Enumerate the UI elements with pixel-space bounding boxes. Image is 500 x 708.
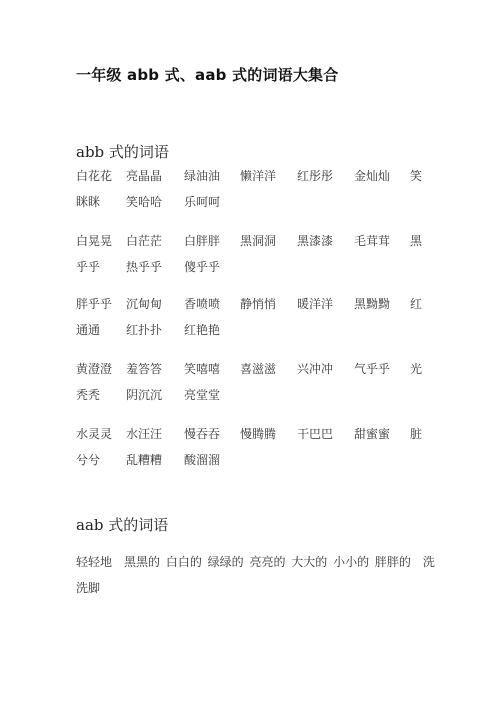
abb-word: 红扑扑 <box>126 321 162 338</box>
abb-word: 水汪汪 <box>126 425 162 442</box>
abb-word: 阴沉沉 <box>126 386 162 403</box>
abb-word-row: 白晃晃白茫茫白胖胖黑洞洞黑漆漆毛茸茸黑 <box>0 232 500 252</box>
abb-word: 羞答答 <box>126 360 162 377</box>
abb-word: 慢吞吞 <box>184 425 220 442</box>
abb-word-row: 水灵灵水汪汪慢吞吞慢腾腾干巴巴甜蜜蜜脏 <box>0 425 500 445</box>
abb-word: 乐呵呵 <box>184 193 220 210</box>
abb-word-row: 兮兮乱糟糟酸溜溜 <box>0 451 500 471</box>
abb-word: 气乎乎 <box>354 360 390 377</box>
abb-word: 秃秃 <box>76 386 100 403</box>
abb-word: 甜蜜蜜 <box>354 425 390 442</box>
abb-word: 沉甸甸 <box>126 295 162 312</box>
abb-word: 白胖胖 <box>184 232 220 249</box>
abb-word: 慢腾腾 <box>240 425 276 442</box>
abb-word: 脏 <box>410 425 422 442</box>
aab-words-line-2: 洗脚 <box>76 579 100 596</box>
abb-word-row: 通通红扑扑红艳艳 <box>0 321 500 341</box>
abb-word: 亮堂堂 <box>184 386 220 403</box>
abb-word: 笑嘻嘻 <box>184 360 220 377</box>
abb-word: 兴冲冲 <box>297 360 333 377</box>
abb-word: 胖乎乎 <box>76 295 112 312</box>
abb-word: 乎乎 <box>76 258 100 275</box>
abb-word: 黑 <box>410 232 422 249</box>
abb-word: 黑黝黝 <box>354 295 390 312</box>
abb-word-row: 乎乎热乎乎傻乎乎 <box>0 258 500 278</box>
abb-word-row: 胖乎乎沉甸甸香喷喷静悄悄暖洋洋黑黝黝红 <box>0 295 500 315</box>
abb-word: 黑漆漆 <box>297 232 333 249</box>
abb-word: 喜滋滋 <box>240 360 276 377</box>
abb-word: 金灿灿 <box>354 167 390 184</box>
abb-word: 红彤彤 <box>297 167 333 184</box>
abb-word: 亮晶晶 <box>126 167 162 184</box>
abb-word: 笑哈哈 <box>126 193 162 210</box>
abb-word-row: 秃秃阴沉沉亮堂堂 <box>0 386 500 406</box>
abb-word: 黄澄澄 <box>76 360 112 377</box>
abb-word: 光 <box>410 360 422 377</box>
abb-word: 暖洋洋 <box>297 295 333 312</box>
abb-word: 红艳艳 <box>184 321 220 338</box>
abb-word: 绿油油 <box>184 167 220 184</box>
abb-word: 静悄悄 <box>240 295 276 312</box>
abb-word: 酸溜溜 <box>184 451 220 468</box>
abb-word: 白花花 <box>76 167 112 184</box>
abb-word: 白茫茫 <box>126 232 162 249</box>
abb-word: 通通 <box>76 321 100 338</box>
abb-word-row: 白花花亮晶晶绿油油懒洋洋红彤彤金灿灿笑 <box>0 167 500 187</box>
abb-word: 笑 <box>410 167 422 184</box>
document-title: 一年级 abb 式、aab 式的词语大集合 <box>76 64 338 85</box>
abb-word-row: 黄澄澄羞答答笑嘻嘻喜滋滋兴冲冲气乎乎光 <box>0 360 500 380</box>
aab-words-line-1: 轻轻地 黑黑的 白白的 绿绿的 亮亮的 大大的 小小的 胖胖的 洗 <box>76 553 435 570</box>
abb-word: 水灵灵 <box>76 425 112 442</box>
abb-word: 白晃晃 <box>76 232 112 249</box>
abb-word: 热乎乎 <box>126 258 162 275</box>
abb-section-heading: abb 式的词语 <box>76 141 169 162</box>
abb-word: 兮兮 <box>76 451 100 468</box>
abb-word: 懒洋洋 <box>240 167 276 184</box>
abb-word: 毛茸茸 <box>354 232 390 249</box>
aab-section-heading: aab 式的词语 <box>76 514 168 535</box>
abb-word: 红 <box>410 295 422 312</box>
abb-word: 乱糟糟 <box>126 451 162 468</box>
abb-word: 黑洞洞 <box>240 232 276 249</box>
abb-word: 傻乎乎 <box>184 258 220 275</box>
abb-word-row: 眯眯笑哈哈乐呵呵 <box>0 193 500 213</box>
abb-word: 香喷喷 <box>184 295 220 312</box>
abb-word: 干巴巴 <box>297 425 333 442</box>
abb-word: 眯眯 <box>76 193 100 210</box>
